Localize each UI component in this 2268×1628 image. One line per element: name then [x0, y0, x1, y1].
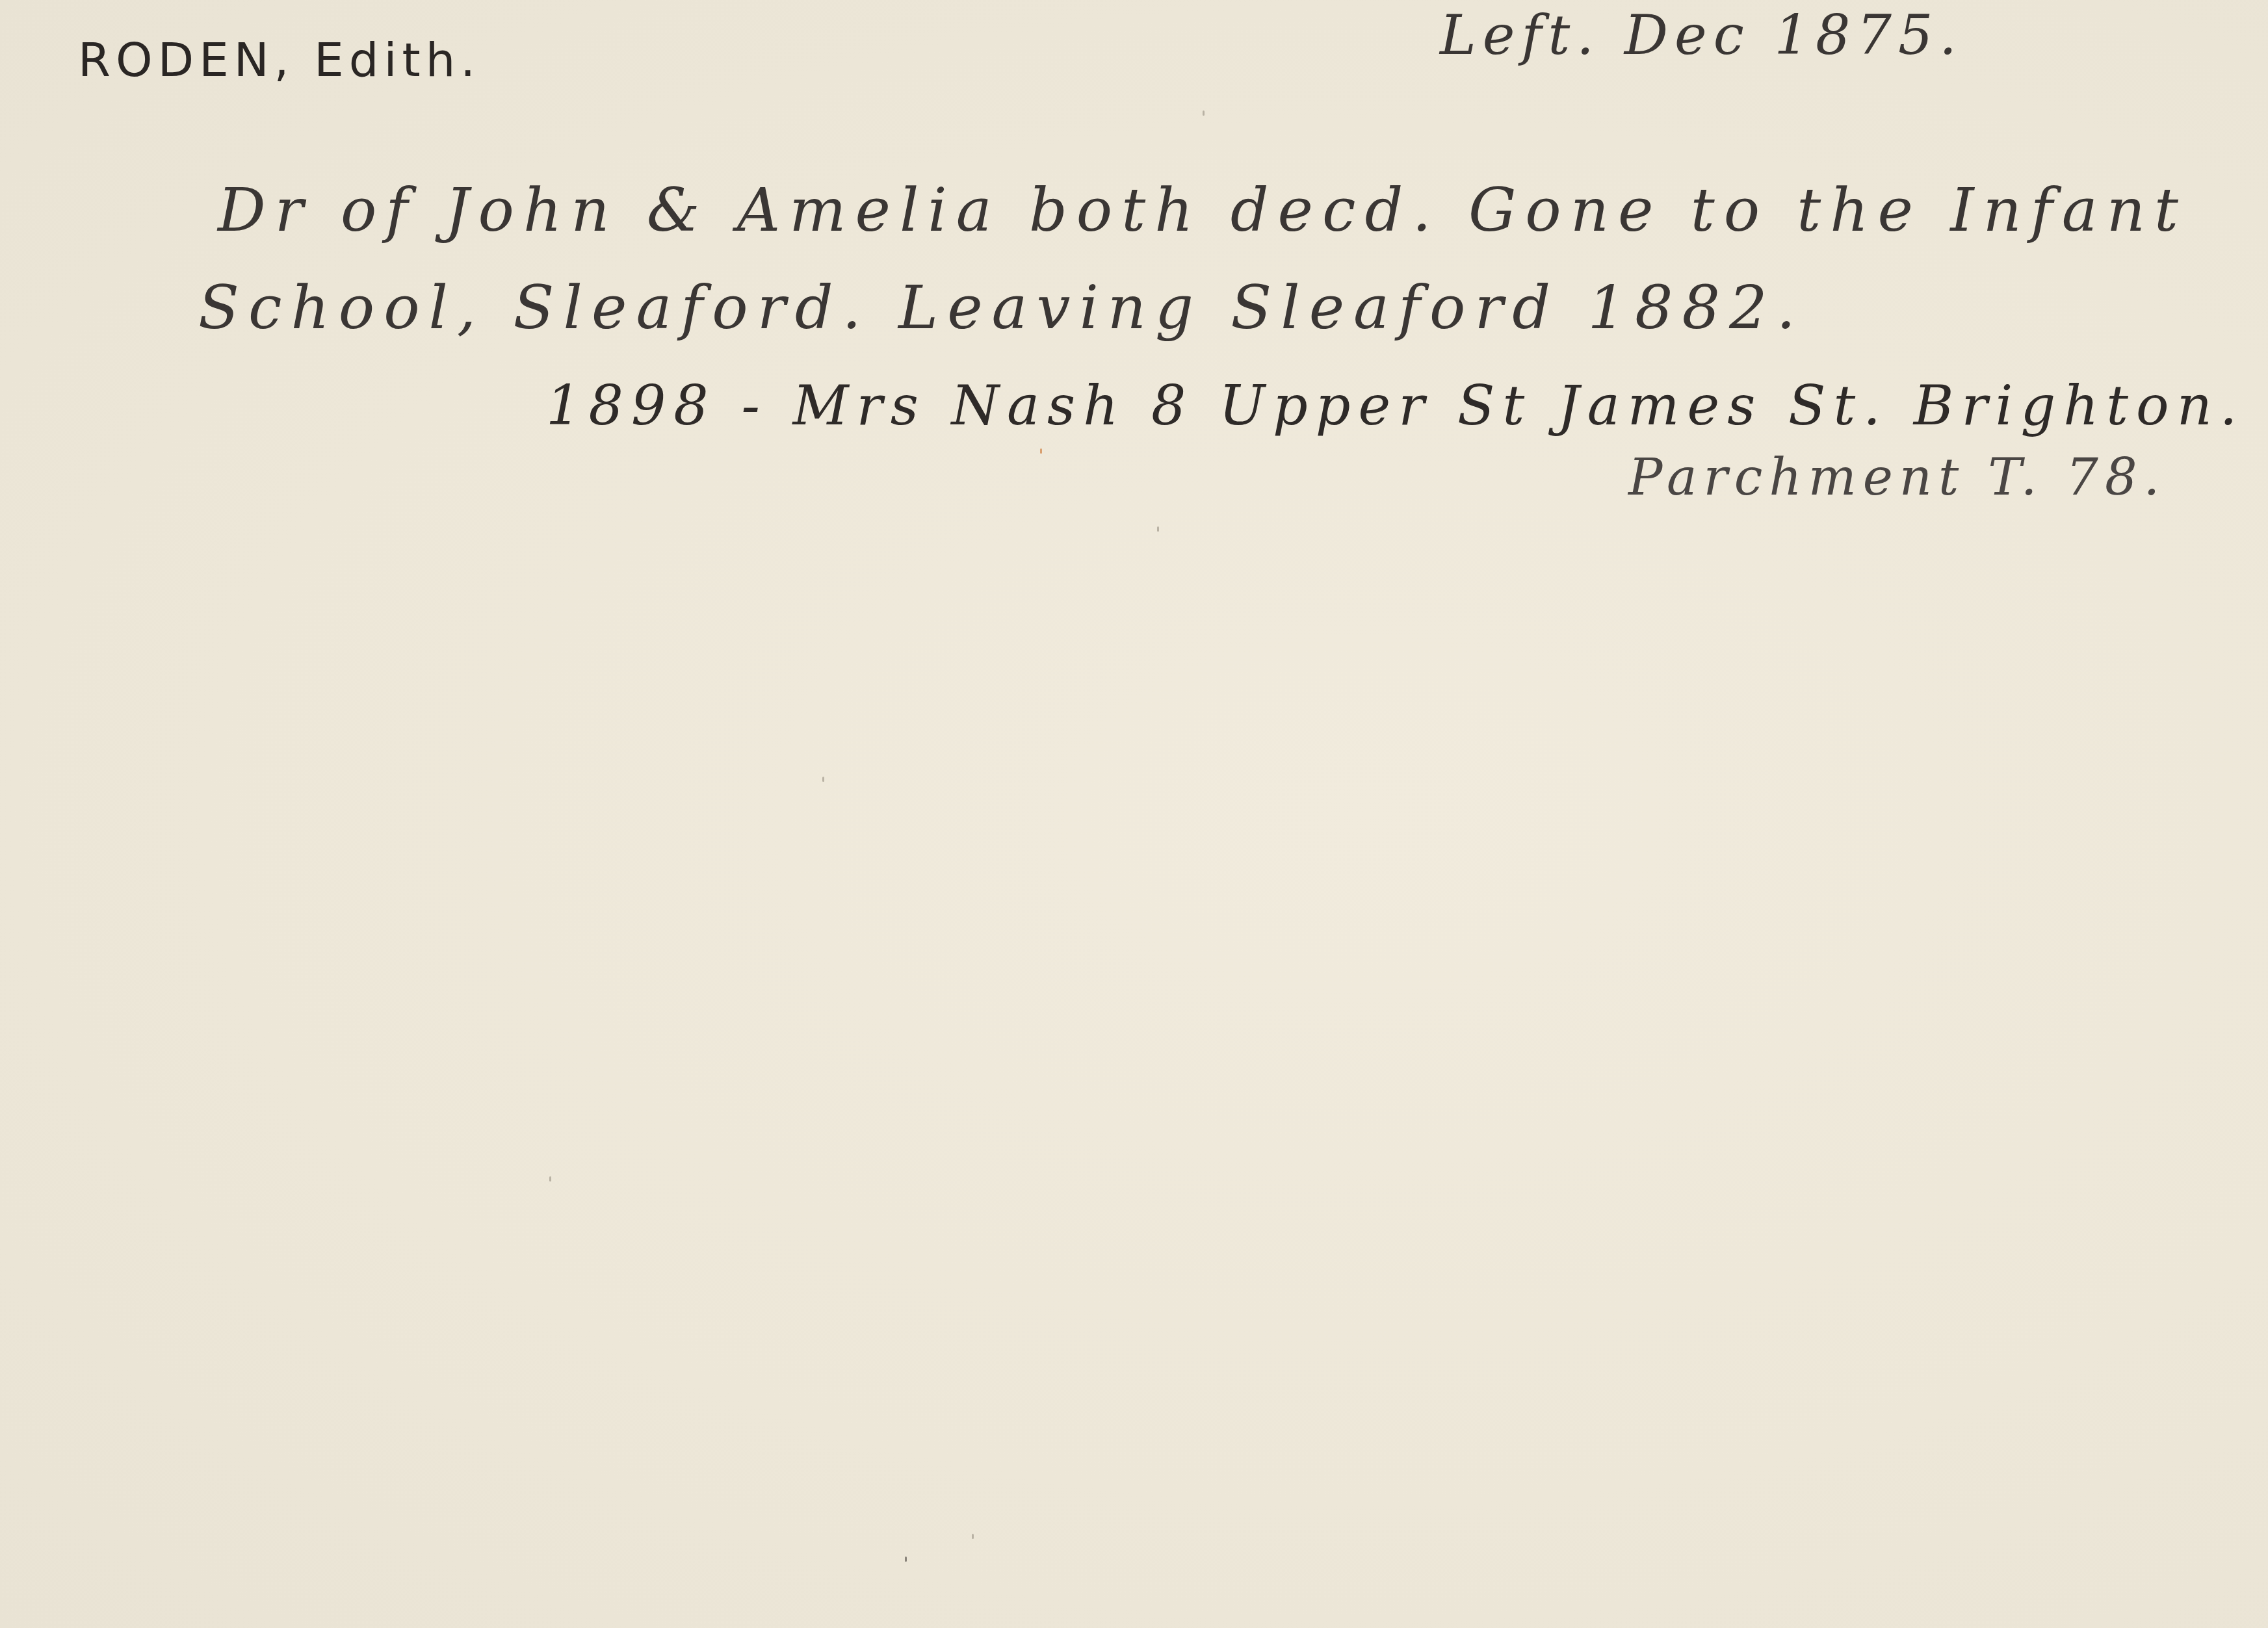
paper-speck [1203, 110, 1205, 116]
note-line-school: School, Sleaford. Leaving Sleaford 1882. [198, 273, 1805, 342]
paper-speck [972, 1534, 974, 1539]
record-card: RODEN, Edith. Left. Dec 1875. Dr of John… [0, 0, 2268, 1628]
paper-speck [1040, 448, 1042, 454]
paper-speck [549, 1176, 551, 1182]
paper-speck [1157, 526, 1159, 532]
paper-speck [822, 777, 824, 782]
left-date: Left. Dec 1875. [1440, 3, 1963, 67]
note-line-parentage: Dr of John & Amelia both decd. Gone to t… [218, 175, 2187, 245]
paper-speck [905, 1557, 907, 1562]
note-line-address: 1898 - Mrs Nash 8 Upper St James St. Bri… [546, 374, 2245, 437]
student-name: RODEN, Edith. [78, 32, 480, 87]
note-line-parchment: Parchment T. 78. [1628, 448, 2166, 507]
